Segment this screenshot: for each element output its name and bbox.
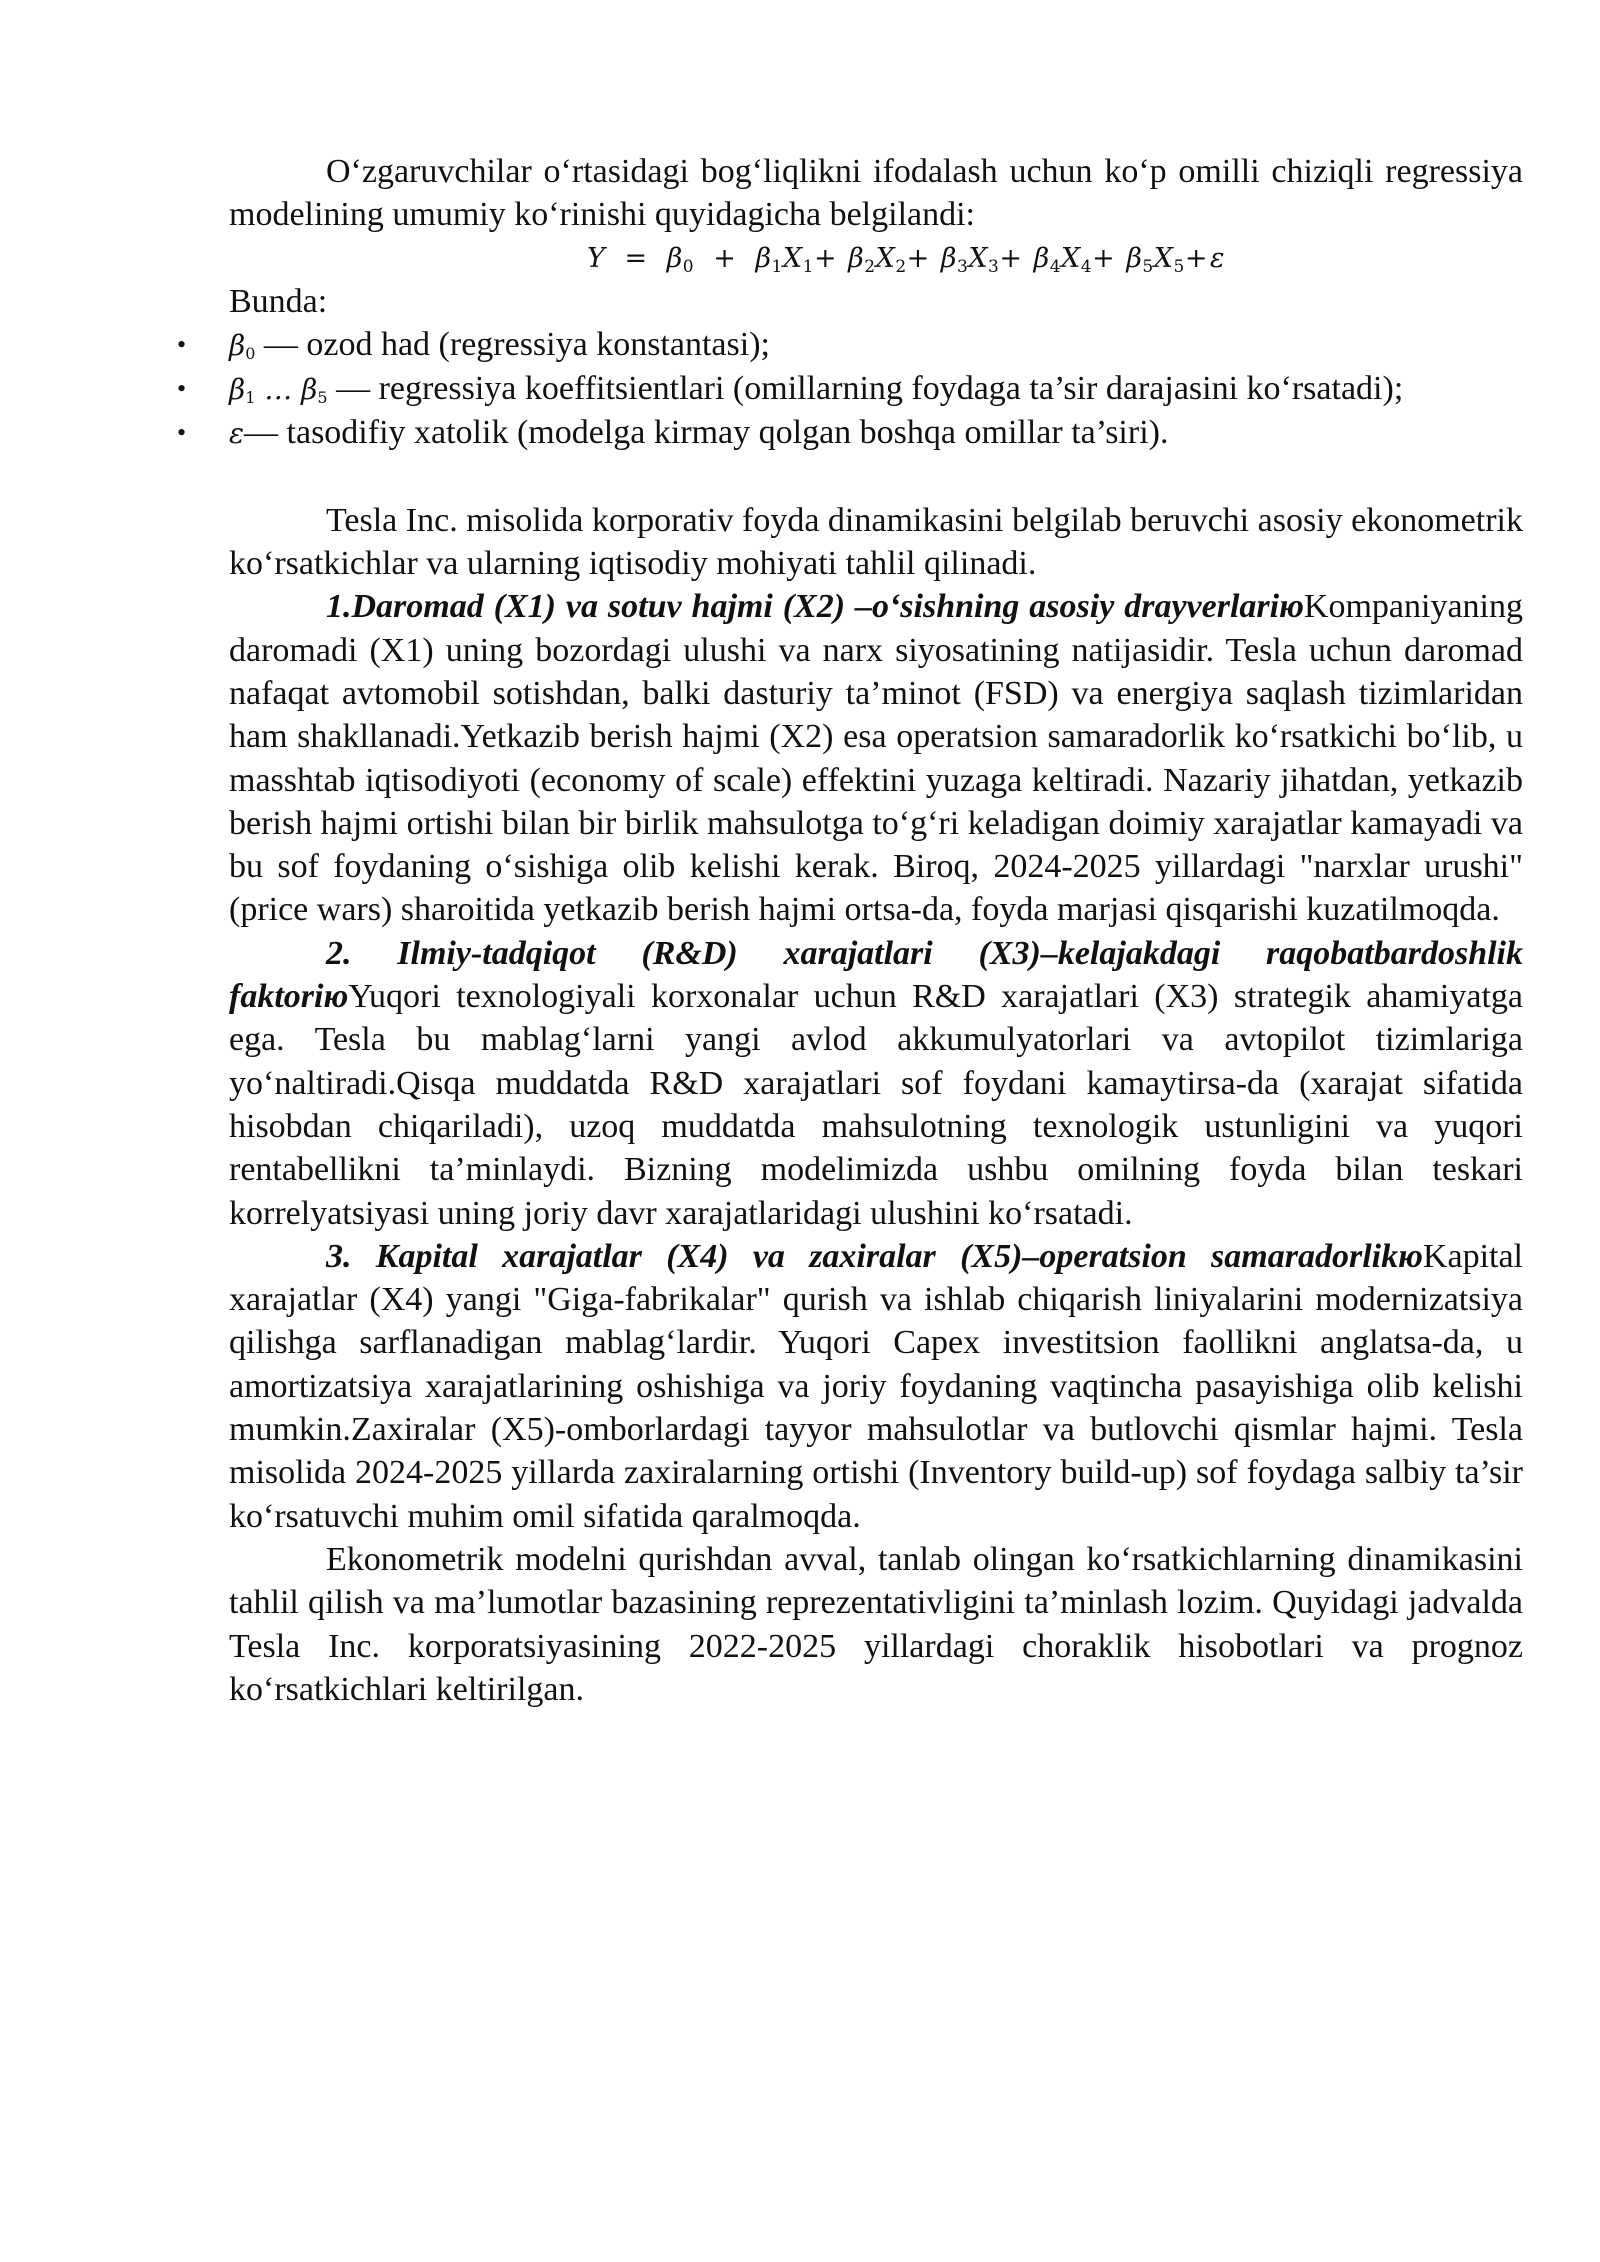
definitions-list: • β0 — ozod had (regressiya konstantasi)… [229,323,1523,456]
equation-plus: + [907,243,930,274]
section-heading: 1.Daromad (X1) va sotuv hajmi (X2) –o‘si… [326,588,1304,625]
equation-equals: = [624,243,647,274]
equation-lhs: Y [587,243,605,274]
section-paragraph-capex: 3. Kapital xarajatlar (X4) va zaxiralar … [229,1235,1523,1538]
equation-plus: + [814,243,837,274]
equation-plus: + [1185,243,1208,274]
equation-plus: + [713,243,736,274]
equation-term: β5X5 [1126,243,1185,274]
definition-text: — regressiya koeffitsientlari (omillarni… [328,370,1404,407]
equation-term: β2X2 [848,243,907,274]
equation-plus: + [999,243,1022,274]
section-paragraph-revenue: 1.Daromad (X1) va sotuv hajmi (X2) –o‘si… [229,585,1523,931]
definition-text: — tasodifiy xatolik (modelga kirmay qolg… [244,414,1168,451]
paragraph-body: Tesla Inc. misolida korporativ foyda din… [229,502,1523,582]
definition-text: — ozod had (regressiya konstantasi); [255,326,770,363]
where-label: Bunda: [229,280,1523,323]
definition-symbol: ε [229,417,244,450]
bullet-icon: • [177,323,186,366]
section-heading: 3. Kapital xarajatlar (X4) va zaxiralar … [326,1238,1423,1275]
equation-term: β4X4 [1034,243,1093,274]
definition-symbol: β0 [229,329,255,362]
section-paragraph-rnd: 2. Ilmiy-tadqiqot (R&D) xarajatlari (X3)… [229,932,1523,1235]
intro-paragraph: O‘zgaruvchilar o‘rtasidagi bog‘liqlikni … [229,150,1523,237]
equation-term: β3X3 [941,243,1000,274]
equation-error-term: ε [1210,243,1225,274]
paragraph-body: Yuqori texnologiyali korxonalar uchun R&… [229,978,1523,1231]
document-page: O‘zgaruvchilar o‘rtasidagi bog‘liqlikni … [229,150,1523,1711]
equation-term: β1X1 [755,243,814,274]
definition-symbol: β1 … β5 [229,373,328,406]
bullet-icon: • [177,367,186,410]
equation-plus: + [1092,243,1115,274]
regression-equation: Y = β0 + β1X1+ β2X2+ β3X3+ β4X4+ β5X5+ε [229,237,1523,280]
paragraph-body: Ekonometrik modelni qurishdan avval, tan… [229,1541,1523,1708]
body-paragraph: Tesla Inc. misolida korporativ foyda din… [229,499,1523,586]
list-item: • β0 — ozod had (regressiya konstantasi)… [229,323,1523,367]
closing-paragraph: Ekonometrik modelni qurishdan avval, tan… [229,1538,1523,1711]
list-item: • β1 … β5 — regressiya koeffitsientlari … [229,367,1523,411]
equation-term: β0 [667,243,694,274]
paragraph-body: Kompaniyaning daromadi (X1) uning bozord… [229,588,1523,928]
list-item: • ε— tasodifiy xatolik (modelga kirmay q… [229,411,1523,455]
paragraph-body: Kapital xarajatlar (X4) yangi "Giga-fabr… [229,1238,1523,1535]
bullet-icon: • [177,411,186,454]
